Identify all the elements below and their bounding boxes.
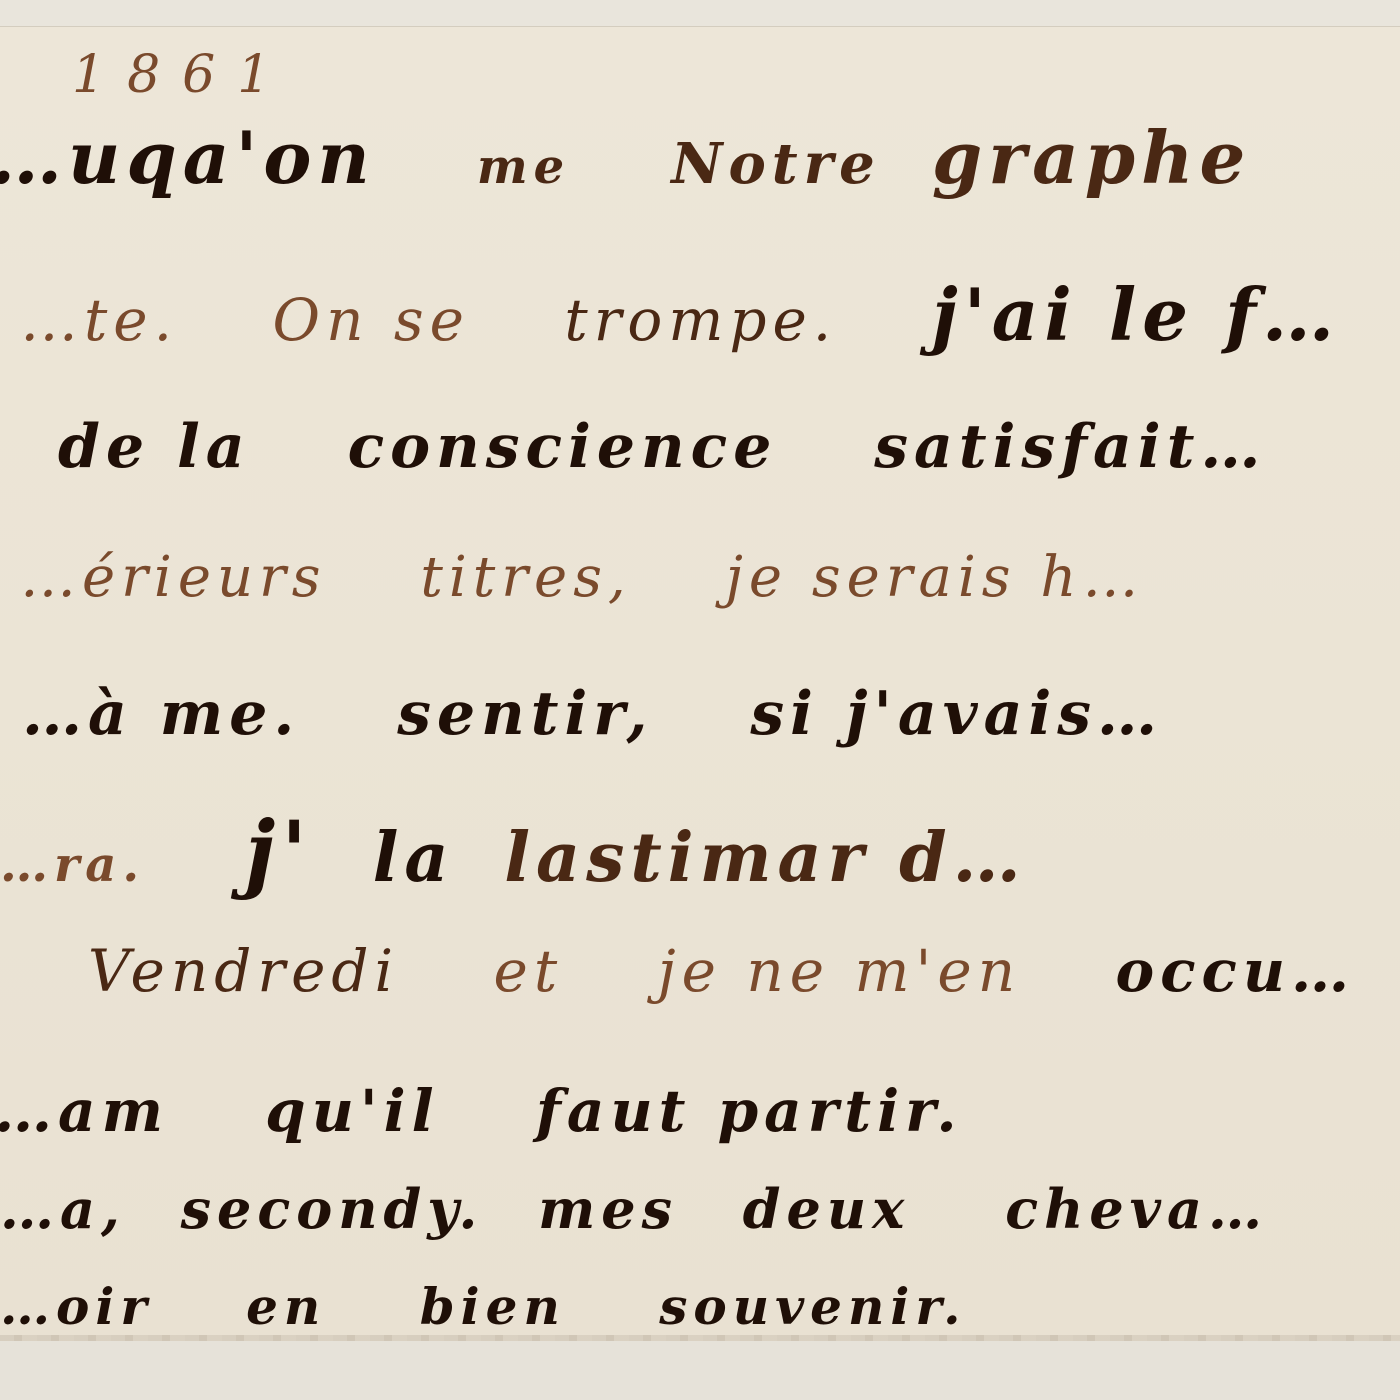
word: On se	[273, 286, 470, 354]
letter-line-3: de la conscience satisfait…	[58, 412, 1336, 482]
word: …érieurs	[20, 545, 327, 610]
word: la	[373, 818, 455, 898]
letter-line-5: …à me. sentir, si j'avais…	[22, 679, 1233, 749]
word: j'	[245, 802, 313, 901]
word: secondy.	[181, 1177, 484, 1241]
word: cheva…	[1005, 1177, 1268, 1241]
letter-line-2: …te. On se trompe. j'ai le f…	[20, 272, 1400, 357]
word: en	[246, 1277, 326, 1336]
letter-line-9: …a, secondy. mes deux cheva…	[0, 1177, 1338, 1241]
word: lastimar d…	[504, 818, 1026, 898]
word: qu'il	[265, 1077, 440, 1145]
word: faut partir.	[536, 1077, 963, 1145]
letter-line-7: Vendredi et je ne m'en occu…	[88, 937, 1400, 1005]
letter-date: 1861	[72, 45, 292, 105]
word: deux	[743, 1177, 911, 1241]
word: bien	[420, 1277, 566, 1336]
word: …a,	[0, 1177, 126, 1241]
letter-line-6: …ra. j' la lastimar d…	[0, 802, 1097, 901]
word: …te.	[20, 286, 178, 354]
word: trompe.	[564, 286, 837, 354]
letter-line-8: …am qu'il faut partir.	[0, 1077, 1033, 1145]
word: et	[494, 937, 564, 1005]
word: je ne m'en	[658, 937, 1021, 1005]
word: titres,	[420, 545, 631, 610]
word: conscience	[348, 412, 778, 482]
word: je serais h…	[726, 545, 1145, 610]
word: si j'avais…	[750, 679, 1163, 749]
word: satisfait…	[874, 412, 1266, 482]
letter-line-4: …érieurs titres, je serais h…	[20, 545, 1214, 610]
word: mes	[538, 1177, 678, 1241]
word: sentir,	[397, 679, 653, 749]
word: me	[477, 139, 570, 195]
word: occu…	[1116, 937, 1356, 1005]
word: …am	[0, 1077, 169, 1145]
letter-line-10: …oir en bien souvenir.	[0, 1277, 1036, 1336]
word: de la	[58, 412, 251, 482]
letter-scan: 1861 …uqa'on me Notre graphe …te. On se …	[0, 0, 1400, 1400]
scan-background-bottom	[0, 1341, 1400, 1400]
word: Vendredi	[88, 937, 399, 1005]
letter-line-1: …uqa'on me Notre graphe	[0, 115, 1321, 200]
word: souvenir.	[659, 1277, 966, 1336]
word: Notre	[671, 131, 881, 197]
word: …oir	[0, 1277, 153, 1336]
word: …uqa'on	[0, 115, 376, 200]
word: graphe	[932, 115, 1251, 200]
word: j'ai le f…	[932, 272, 1340, 357]
scan-background-top	[0, 0, 1400, 27]
word: …à me.	[22, 679, 300, 749]
paper-sheet: 1861 …uqa'on me Notre graphe …te. On se …	[0, 27, 1400, 1335]
word: …ra.	[0, 837, 145, 893]
